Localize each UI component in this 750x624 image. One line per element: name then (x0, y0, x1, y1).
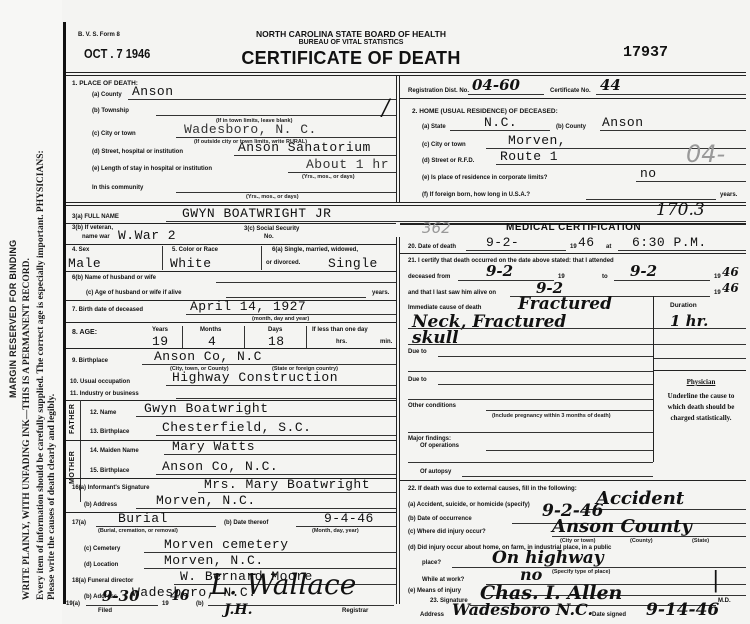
cause-line-3[interactable]: skull (412, 328, 459, 348)
rule (261, 246, 262, 270)
rule (162, 246, 163, 270)
other-conditions-label: Other conditions (408, 403, 456, 409)
rule (66, 202, 746, 203)
residence-heading: 2. HOME (USUAL RESIDENCE) OF DECEASED: (412, 108, 558, 115)
death-time-field[interactable]: 6:30 P.M. (632, 235, 707, 250)
registration-label: Registration Dist. No. (408, 88, 469, 94)
pencil-code: 362 (422, 219, 451, 237)
ssn-label: 3(c) Social Security (244, 226, 299, 232)
res-city-field[interactable]: Morven, (508, 133, 566, 148)
rule (296, 526, 396, 527)
res-corporate-label: (e) Is place of residence in corporate l… (422, 175, 547, 181)
at-label: at (606, 244, 611, 250)
rule (176, 137, 396, 138)
registration-district-field[interactable]: 04-60 (472, 76, 520, 94)
rule (596, 94, 746, 95)
rule (486, 450, 653, 451)
date-signed-field[interactable]: 9-14-46 (646, 600, 719, 620)
certificate-label: Certificate No. (550, 88, 591, 94)
injury-location-field[interactable]: Anson County (552, 516, 692, 537)
informant-address-field[interactable]: Morven, N.C. (156, 493, 256, 508)
birthplace-field[interactable]: Anson Co, N.C (154, 349, 262, 364)
sex-field[interactable]: Male (68, 256, 101, 271)
veteran-field[interactable]: W.War 2 (118, 228, 176, 243)
last-seen-label: and that I last saw him alive on (408, 290, 496, 296)
filing-label: 19(a) (66, 601, 80, 607)
instruction-line-1: WRITE PLAINLY, WITH UNFADING INK—THIS IS… (22, 258, 32, 600)
attended-year-prefix: 19 (714, 274, 721, 280)
years-unit: years. (720, 192, 737, 198)
page-title: CERTIFICATE OF DEATH (216, 48, 486, 69)
community-note: (Yrs., mos., or days) (246, 194, 299, 200)
filed-label: Filed (98, 608, 112, 614)
due-to-label-2: Due to (408, 377, 427, 383)
physician-address-label: Address (420, 612, 444, 618)
rule (400, 98, 746, 99)
binding-margin: MARGIN RESERVED FOR BINDING WRITE PLAINL… (0, 0, 62, 624)
pencil-tick: / (382, 96, 389, 121)
registrar-sig-label: (b) (196, 601, 204, 607)
father-birthplace-field[interactable]: Chesterfield, S.C. (162, 420, 311, 435)
full-name-field[interactable]: GWYN BOATWRIGHT JR (182, 206, 331, 221)
cause-line-1[interactable]: Fractured (518, 294, 612, 314)
rule (216, 282, 396, 283)
physician-instruction: Physician Underline the cause to which d… (658, 377, 744, 424)
due-to-label-1: Due to (408, 349, 427, 355)
war-label: name war (82, 234, 110, 240)
full-name-label: 3(a) FULL NAME (72, 214, 119, 220)
res-street-label: (d) Street or R.F.D. (422, 158, 474, 164)
pencil-tick-2: | (712, 568, 719, 593)
res-county-label: (b) County (556, 124, 586, 130)
accident-type-label: (a) Accident, suicide, or homicide (spec… (408, 502, 530, 508)
rule (186, 314, 396, 315)
rule (86, 605, 158, 606)
age-months-field[interactable]: 4 (208, 334, 216, 349)
rule (654, 370, 746, 371)
instruction-line-3: Please write the causes of death clearly… (47, 394, 57, 600)
rule (156, 435, 396, 436)
rule (164, 454, 396, 455)
death-county-field[interactable]: Anson (132, 84, 174, 99)
informant-signature-field[interactable]: Mrs. Mary Boatwright (204, 477, 370, 492)
means-of-injury-label: (e) Means of injury (408, 588, 461, 594)
attended-from-label: deceased from (408, 274, 450, 280)
location-field[interactable]: Morven, N.C. (164, 553, 264, 568)
rule (408, 399, 653, 400)
days-label: Days (268, 327, 282, 333)
age-days-field[interactable]: 18 (268, 334, 285, 349)
occupation-label: 10. Usual occupation (70, 379, 130, 385)
binding-note: MARGIN RESERVED FOR BINDING (8, 240, 18, 398)
rule (452, 567, 746, 568)
township-label: (b) Township (92, 108, 129, 114)
received-stamp: OCT . 7 1946 (84, 46, 150, 61)
institution-label: (d) Street, hospital or institution (92, 149, 183, 155)
rule (136, 416, 396, 417)
rule (136, 508, 396, 509)
less-than-day-label: If less than one day (312, 327, 368, 333)
rule (66, 322, 396, 323)
accident-type-field[interactable]: Accident (596, 488, 684, 509)
rule (654, 328, 746, 329)
informant-address-label: (b) Address (84, 502, 117, 508)
injury-place-label-2: place? (422, 560, 441, 566)
mother-name-field[interactable]: Mary Watts (172, 439, 255, 454)
rule (96, 526, 216, 527)
attended-year-field[interactable]: 46 (722, 265, 739, 279)
institution-field[interactable]: Anson Sanatorium (238, 140, 371, 155)
marital-label-2: or divorced. (266, 260, 300, 266)
informant-label: 16(a) Informant's Signature (72, 485, 149, 491)
race-field[interactable]: White (170, 256, 212, 271)
rule (438, 356, 653, 357)
filed-year-prefix: 19 (162, 601, 169, 607)
rule (166, 221, 746, 222)
disposition-date-note: (Month, day, year) (312, 528, 359, 534)
months-label: Months (200, 327, 221, 333)
injury-location-label: (c) Where did injury occur? (408, 529, 486, 535)
attended-from-field[interactable]: 9-2 (486, 262, 513, 280)
spouse-age-unit: years. (372, 290, 389, 296)
rule (66, 271, 396, 272)
rule (600, 130, 746, 131)
other-conditions-note: (Include pregnancy within 3 months of de… (492, 413, 611, 419)
rule (400, 253, 746, 254)
death-date-label: 20. Date of death (408, 244, 456, 250)
md-label: M.D. (718, 598, 731, 604)
filed-year-field[interactable]: 46 (170, 588, 189, 604)
where-note-county: (County) (630, 538, 653, 544)
disposition-date-field[interactable]: 9-4-46 (324, 511, 374, 526)
father-tag: FATHER (69, 404, 76, 434)
last-seen-year-field[interactable]: 46 (722, 281, 739, 295)
rule (288, 172, 396, 173)
industry-label: 11. Industry or business (70, 391, 139, 397)
place-note: (Specify type of place) (552, 569, 610, 575)
death-year-prefix: 19 (570, 244, 577, 250)
rule (128, 99, 396, 100)
column-divider-bottom (396, 237, 400, 604)
registrar-signature-field[interactable]: L. Wallace (210, 568, 356, 601)
res-city-label: (c) City or town (422, 142, 466, 148)
rule (66, 205, 746, 206)
physician-address-field[interactable]: Wadesboro N.C. (452, 600, 593, 619)
attended-to-field[interactable]: 9-2 (630, 262, 657, 280)
rule (450, 130, 550, 131)
stay-note: (Yrs., mos., or days) (302, 174, 355, 180)
rule (182, 326, 183, 348)
autopsy-label: Of autopsy (420, 469, 451, 475)
race-label: 5. Color or Race (172, 247, 218, 253)
rule (234, 155, 396, 156)
instruction-line-2: Every item of information should be care… (36, 150, 46, 600)
duration-label: Duration (670, 302, 697, 309)
father-name-field[interactable]: Gwyn Boatwright (144, 401, 269, 416)
place-of-death-heading: 1. PLACE OF DEATH: (72, 80, 138, 87)
sex-label: 4. Sex (72, 247, 89, 253)
attended-to-label: to (602, 274, 608, 280)
column-divider-top (396, 76, 400, 202)
county-label: (a) County (92, 92, 122, 98)
rule (142, 364, 396, 365)
rule (166, 385, 396, 386)
injury-place-field[interactable]: On highway (492, 548, 604, 568)
operations-label: Of operations (420, 443, 459, 449)
mother-name-label: 14. Maiden Name (90, 448, 139, 454)
community-label: In this community (92, 185, 143, 191)
form-id: B. V. S. Form 8 (78, 32, 120, 38)
major-findings-label: Major findings: (408, 436, 451, 442)
res-state-label: (a) State (422, 124, 446, 130)
cemetery-field[interactable]: Morven cemetery (164, 537, 289, 552)
cemetery-label: (c) Cemetery (84, 546, 120, 552)
spouse-age-label: (c) Age of husband or wife if alive (86, 290, 181, 296)
rule (176, 192, 396, 193)
rule (244, 326, 245, 348)
death-certificate: B. V. S. Form 8 OCT . 7 1946 NORTH CAROL… (63, 22, 745, 604)
code-annotation: 170.3 (656, 200, 705, 220)
rule (66, 244, 396, 245)
file-number: 17937 (623, 44, 668, 61)
death-date-field[interactable]: 9-2- (486, 235, 519, 250)
res-foreign-label: (f) If foreign born, how long in U.S.A.? (422, 192, 530, 198)
rule (226, 297, 366, 298)
rule (466, 250, 566, 251)
medical-certification-heading: MEDICAL CERTIFICATION (506, 222, 641, 233)
disposition-date-label: (b) Date thereof (224, 520, 268, 526)
header-divider (66, 72, 746, 76)
external-causes-heading: 22. If death was due to external causes,… (408, 486, 577, 492)
location-label: (d) Location (84, 562, 118, 568)
veteran-label: 3(b) If veteran, (72, 225, 113, 231)
hrs-label: hrs. (336, 339, 347, 345)
birth-date-field[interactable]: April 14, 1927 (190, 299, 306, 314)
res-county-field[interactable]: Anson (602, 115, 644, 130)
death-city-field[interactable]: Wadesboro, N. C. (184, 122, 317, 137)
years-label: Years (152, 327, 168, 333)
min-label: min. (380, 339, 392, 345)
physician-title: Physician (658, 377, 744, 388)
marital-field[interactable]: Single (328, 256, 378, 271)
occurrence-date-label: (b) Date of occurrence (408, 516, 472, 522)
spouse-label: 6(b) Name of husband or wife (72, 275, 156, 281)
filed-date-field[interactable]: 9-30 (102, 587, 140, 605)
board-name: NORTH CAROLINA STATE BOARD OF HEALTH (216, 29, 486, 39)
rule (468, 94, 544, 95)
stay-label: (e) Length of stay in hospital or instit… (92, 166, 212, 172)
birth-date-label: 7. Birth date of deceased (72, 307, 143, 313)
occupation-field[interactable]: Highway Construction (172, 370, 338, 385)
date-signed-label: Date signed (592, 612, 626, 618)
while-at-work-label: While at work? (422, 577, 464, 583)
funeral-director-label: 18(a) Funeral director (72, 578, 133, 584)
rule (636, 181, 746, 182)
pencil-annotation: 04- (686, 140, 725, 168)
res-street-field[interactable]: Route 1 (500, 149, 558, 164)
city-label: (c) City or town (92, 131, 136, 137)
father-birthplace-label: 13. Birthplace (90, 429, 129, 435)
age-years-field[interactable]: 19 (152, 334, 169, 349)
rule (408, 462, 653, 463)
disposition-method-field[interactable]: Burial (118, 511, 168, 526)
rule (462, 476, 653, 477)
ssn-no-label: No. (264, 234, 274, 240)
age-label: 8. AGE: (72, 329, 97, 336)
rule (408, 344, 653, 345)
rule (618, 250, 746, 251)
father-name-label: 12. Name (90, 410, 116, 416)
where-note-state: (State) (692, 538, 709, 544)
res-corporate-field[interactable]: no (640, 166, 657, 181)
bureau-name: BUREAU OF VITAL STATISTICS (216, 39, 486, 46)
rule (654, 344, 746, 345)
stay-field[interactable]: About 1 hr (306, 157, 389, 172)
rule (400, 480, 746, 481)
rule (552, 536, 746, 537)
death-year-field[interactable]: 46 (578, 235, 595, 250)
marital-label: 6(a) Single, married, widowed, (272, 247, 358, 253)
physician-note: Underline the cause to which death shoul… (668, 392, 735, 422)
rule (582, 509, 746, 510)
certificate-number-field[interactable]: 44 (600, 76, 621, 94)
rule (156, 115, 396, 116)
rule (176, 398, 396, 399)
disposition-label: 17(a) (72, 520, 86, 526)
rule (654, 358, 746, 359)
rule (614, 280, 710, 281)
disposition-note: (Burial, cremation, or removal) (98, 528, 178, 534)
rule (438, 384, 653, 385)
rule (408, 432, 653, 433)
mother-birthplace-label: 15. Birthplace (90, 468, 129, 474)
where-note-city: (City or town) (560, 538, 595, 544)
rule (66, 223, 396, 224)
birthplace-label: 9. Birthplace (72, 358, 108, 364)
mother-birthplace-field[interactable]: Anson Co, N.C. (162, 459, 278, 474)
deputy-initials: J.H. (224, 602, 253, 618)
rule (306, 326, 307, 348)
registrar-label: Registrar (342, 608, 368, 614)
res-state-field[interactable]: N.C. (484, 115, 517, 130)
immediate-cause-label: Immediate cause of death (408, 305, 481, 311)
rule (408, 371, 653, 372)
rule (486, 410, 653, 411)
rule (156, 474, 396, 475)
